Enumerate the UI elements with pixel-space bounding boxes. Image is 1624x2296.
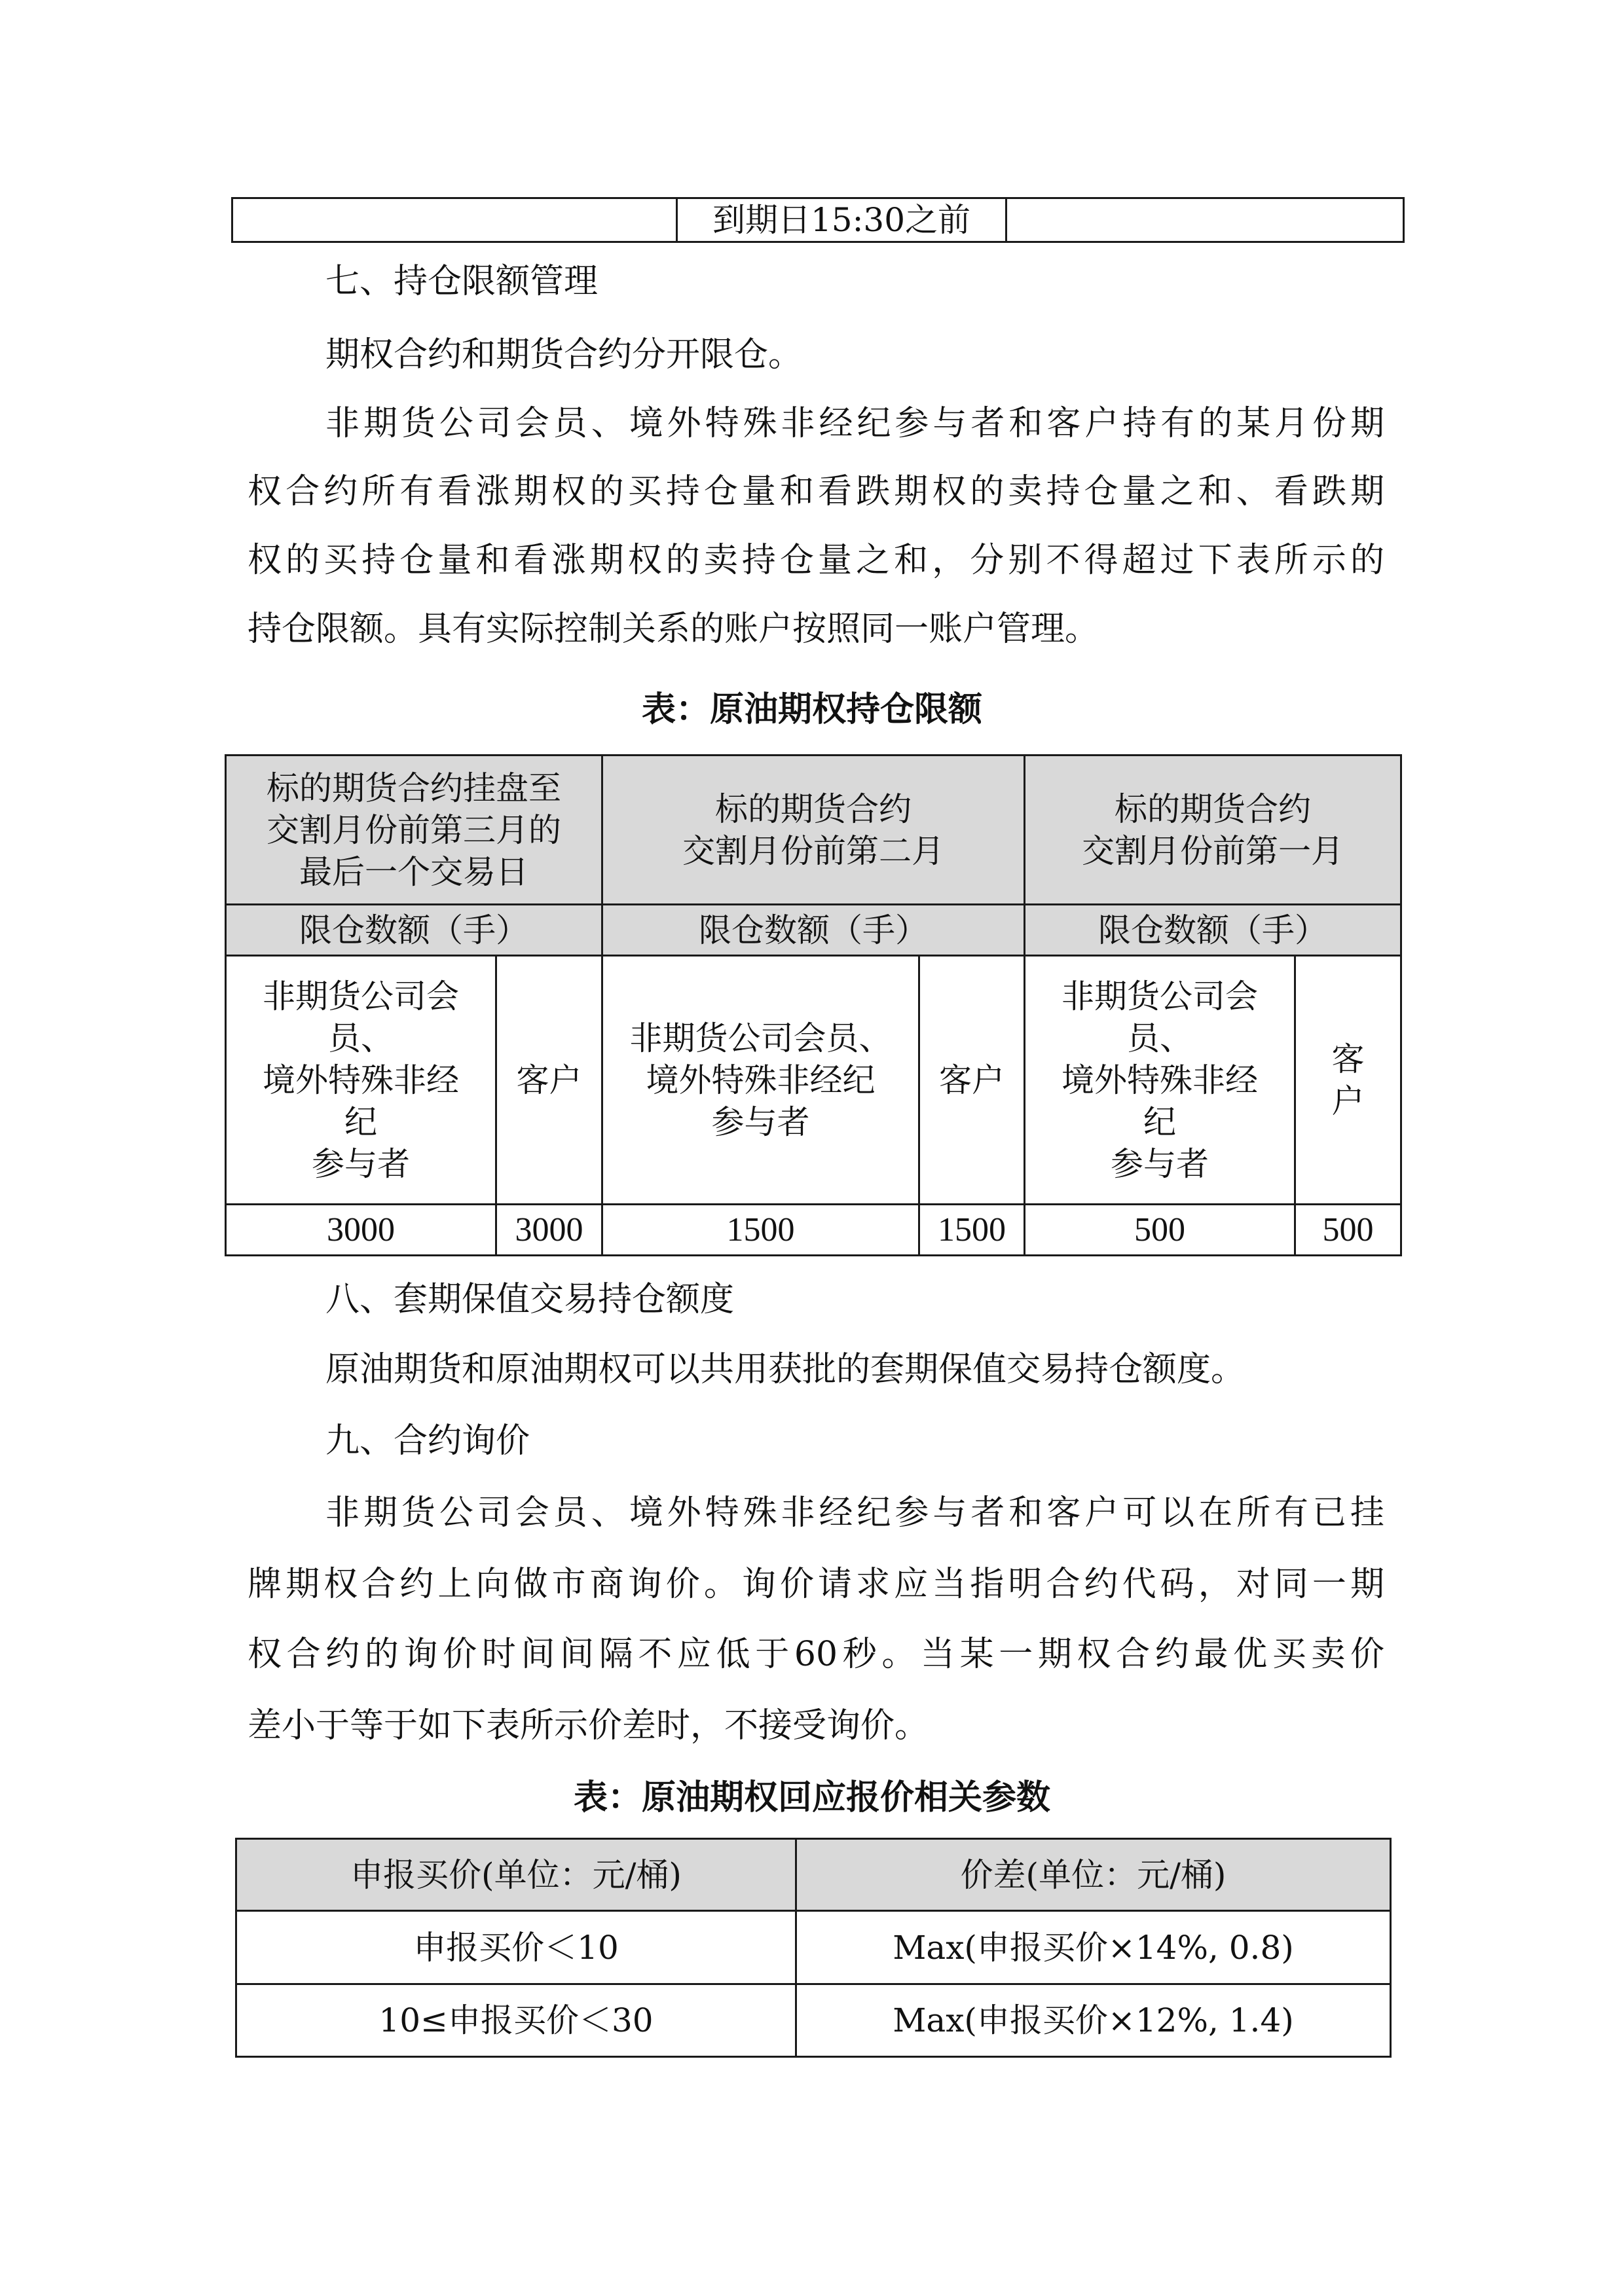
paragraph-line: 权合约的询价时间间隔不应低于60秒。当某一期权合约最优买卖价: [248, 1633, 1384, 1675]
spread-cell: Max(申报买价×14%, 0.8): [796, 1911, 1391, 1984]
bid-range-cell: 10≤申报买价＜30: [236, 1984, 796, 2057]
table-row: 申报买价(单位：元/桶) 价差(单位：元/桶): [236, 1839, 1391, 1911]
sub-header-member: 非期货公司会 员、 境外特殊非经 纪 参与者: [226, 956, 496, 1205]
paragraph: 期权合约和期货合约分开限仓。: [325, 334, 802, 376]
table-row: 到期日15:30之前: [232, 198, 1404, 242]
cell-line: 户: [1296, 1080, 1400, 1122]
limit-label: 限仓数额（手）: [226, 905, 602, 956]
period-header-first-month: 标的期货合约 交割月份前第一月: [1025, 756, 1401, 905]
cell-line: 参与者: [1025, 1143, 1294, 1185]
limit-label: 限仓数额（手）: [1025, 905, 1401, 956]
section-heading-7: 七、持仓限额管理: [325, 261, 598, 302]
limit-label: 限仓数额（手）: [602, 905, 1025, 956]
cell-line: 非期货公司会: [1025, 975, 1294, 1017]
table-row: 限仓数额（手） 限仓数额（手） 限仓数额（手）: [226, 905, 1401, 956]
paragraph-line: 权的买持仓量和看涨期权的卖持仓量之和，分别不得超过下表所示的: [248, 539, 1384, 581]
paragraph-line: 持仓限额。具有实际控制关系的账户按照同一账户管理。: [248, 608, 1099, 650]
quote-parameter-table: 申报买价(单位：元/桶) 价差(单位：元/桶) 申报买价＜10 Max(申报买价…: [235, 1838, 1392, 2058]
sub-header-client: 客户: [496, 956, 602, 1205]
paragraph-line: 权合约所有看涨期权的买持仓量和看跌期权的卖持仓量之和、看跌期: [248, 471, 1384, 513]
column-header-bid-price: 申报买价(单位：元/桶): [236, 1839, 796, 1911]
table-cell: 到期日15:30之前: [677, 198, 1006, 242]
cell-line: 客: [1296, 1038, 1400, 1080]
cell-line: 最后一个交易日: [227, 851, 601, 893]
cell-line: 境外特殊非经: [1025, 1059, 1294, 1101]
cell-line: 参与者: [603, 1101, 918, 1143]
cell-line: 境外特殊非经纪: [603, 1059, 918, 1101]
sub-header-client: 客 户: [1295, 956, 1401, 1205]
table-cell: [1006, 198, 1404, 242]
sub-header-member: 非期货公司会 员、 境外特殊非经 纪 参与者: [1025, 956, 1295, 1205]
bid-range-cell: 申报买价＜10: [236, 1911, 796, 1984]
section-heading-8: 八、套期保值交易持仓额度: [325, 1279, 734, 1321]
limit-value: 1500: [919, 1205, 1025, 1256]
period-header-third-month: 标的期货合约挂盘至 交割月份前第三月的 最后一个交易日: [226, 756, 602, 905]
cell-line: 标的期货合约: [603, 788, 1024, 830]
cell-line: 员、: [1025, 1017, 1294, 1059]
top-continuation-table: 到期日15:30之前: [231, 197, 1405, 243]
cell-line: 纪: [227, 1101, 495, 1143]
cell-line: 非期货公司会: [227, 975, 495, 1017]
cell-line: 交割月份前第一月: [1025, 830, 1400, 872]
paragraph-line: 非期货公司会员、境外特殊非经纪参与者和客户持有的某月份期: [325, 403, 1384, 445]
column-header-spread: 价差(单位：元/桶): [796, 1839, 1391, 1911]
table-caption: 表：原油期权持仓限额: [0, 689, 1624, 731]
cell-line: 纪: [1025, 1101, 1294, 1143]
table-cell: [232, 198, 677, 242]
table-row: 3000 3000 1500 1500 500 500: [226, 1205, 1401, 1256]
paragraph: 原油期货和原油期权可以共用获批的套期保值交易持仓额度。: [325, 1349, 1245, 1391]
sub-header-client: 客户: [919, 956, 1025, 1205]
cell-line: 参与者: [227, 1143, 495, 1185]
cell-line: 交割月份前第三月的: [227, 809, 601, 851]
spread-cell: Max(申报买价×12%, 1.4): [796, 1984, 1391, 2057]
sub-header-member: 非期货公司会员、 境外特殊非经纪 参与者: [602, 956, 919, 1205]
paragraph-line: 牌期权合约上向做市商询价。询价请求应当指明合约代码，对同一期: [248, 1563, 1384, 1605]
cell-line: 境外特殊非经: [227, 1059, 495, 1101]
table-row: 标的期货合约挂盘至 交割月份前第三月的 最后一个交易日 标的期货合约 交割月份前…: [226, 756, 1401, 905]
cell-line: 客户: [497, 1059, 601, 1101]
limit-value: 500: [1295, 1205, 1401, 1256]
table-row: 申报买价＜10 Max(申报买价×14%, 0.8): [236, 1911, 1391, 1984]
table-row: 10≤申报买价＜30 Max(申报买价×12%, 1.4): [236, 1984, 1391, 2057]
limit-value: 1500: [602, 1205, 919, 1256]
period-header-second-month: 标的期货合约 交割月份前第二月: [602, 756, 1025, 905]
table-row: 非期货公司会 员、 境外特殊非经 纪 参与者 客户 非期货公司会员、 境外特殊非…: [226, 956, 1401, 1205]
cell-line: 客户: [920, 1059, 1024, 1101]
paragraph-line: 差小于等于如下表所示价差时，不接受询价。: [248, 1705, 929, 1747]
limit-value: 3000: [226, 1205, 496, 1256]
limit-value: 3000: [496, 1205, 602, 1256]
cell-line: 交割月份前第二月: [603, 830, 1024, 872]
cell-line: 标的期货合约挂盘至: [227, 767, 601, 809]
position-limit-table: 标的期货合约挂盘至 交割月份前第三月的 最后一个交易日 标的期货合约 交割月份前…: [225, 754, 1402, 1256]
paragraph-line: 非期货公司会员、境外特殊非经纪参与者和客户可以在所有已挂: [325, 1492, 1384, 1534]
limit-value: 500: [1025, 1205, 1295, 1256]
table-caption: 表：原油期权回应报价相关参数: [0, 1777, 1624, 1819]
cell-line: 员、: [227, 1017, 495, 1059]
cell-line: 非期货公司会员、: [603, 1017, 918, 1059]
cell-line: 标的期货合约: [1025, 788, 1400, 830]
section-heading-9: 九、合约询价: [325, 1420, 530, 1462]
